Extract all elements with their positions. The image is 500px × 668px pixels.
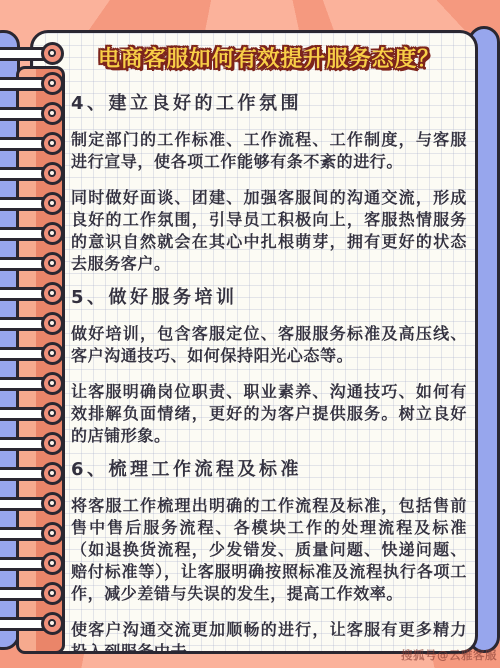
binder-ring-hole	[41, 372, 64, 395]
binder-ring	[0, 401, 78, 427]
binder-ring-hole-center	[48, 319, 56, 327]
binder-ring	[0, 41, 78, 67]
section-heading-6: 6、梳理工作流程及标准	[71, 459, 467, 481]
section-6-paragraph-1: 将客服工作梳理出明确的工作流程及标准，包括售前售中售后服务流程、各模块工作的处理…	[71, 495, 467, 605]
binder-ring-hole	[41, 102, 64, 125]
binder-ring-hole	[41, 282, 64, 305]
binder-ring-hole	[41, 432, 64, 455]
binder-ring	[0, 311, 78, 337]
binder-ring-hole	[41, 492, 64, 515]
binder-ring-hole-center	[48, 499, 56, 507]
binder-ring-hole	[41, 312, 64, 335]
section-4-paragraph-2: 同时做好面谈、团建、加强客服间的沟通交流，形成良好的工作氛围，引导员工积极向上，…	[71, 187, 467, 275]
binder-ring-hole-center	[48, 139, 56, 147]
binder-ring	[0, 521, 78, 547]
binder-ring-hole-center	[48, 589, 56, 597]
binder-ring-hole-center	[48, 109, 56, 117]
binder-ring	[0, 251, 78, 277]
binder-ring	[0, 581, 78, 607]
binder-ring	[0, 281, 78, 307]
binder-ring-hole	[41, 222, 64, 245]
binder-ring-hole-center	[48, 49, 56, 57]
binder-ring-hole-center	[48, 529, 56, 537]
binder-ring-hole	[41, 42, 64, 65]
binder-ring-hole-center	[48, 259, 56, 267]
binder-ring	[0, 161, 78, 187]
section-5-paragraph-1: 做好培训，包含客服定位、客服服务标准及高压线、客户沟通技巧、如何保持阳光心态等。	[71, 323, 467, 367]
binder-ring-hole-center	[48, 289, 56, 297]
binder-ring-hole-center	[48, 169, 56, 177]
binder-ring-hole	[41, 402, 64, 425]
binder-ring-hole	[41, 522, 64, 545]
binder-ring-hole-center	[48, 229, 56, 237]
binder-ring-hole-center	[48, 379, 56, 387]
binder-ring-hole	[41, 252, 64, 275]
binder-ring-hole	[41, 192, 64, 215]
binder-ring	[0, 431, 78, 457]
binder-ring-hole-center	[48, 619, 56, 627]
binder-ring	[0, 551, 78, 577]
section-heading-4: 4、建立良好的工作氛围	[71, 93, 467, 115]
binder-ring	[0, 611, 78, 637]
binder-ring-hole	[41, 552, 64, 575]
section-4-paragraph-1: 制定部门的工作标准、工作流程、工作制度，与客服进行宣导，使各项工作能够有条不紊的…	[71, 129, 467, 173]
binder-ring	[0, 71, 78, 97]
watermark-text: 搜狐号@云雅客服	[401, 647, 497, 663]
binder-ring-hole	[41, 462, 64, 485]
binder-ring-hole	[41, 132, 64, 155]
binder-ring-hole	[41, 162, 64, 185]
binder-ring-hole-center	[48, 439, 56, 447]
section-heading-5: 5、做好服务培训	[71, 287, 467, 309]
binder-ring-hole-center	[48, 409, 56, 417]
binder-ring	[0, 101, 78, 127]
binder-ring	[0, 341, 78, 367]
page-title: 电商客服如何有效提升服务态度？	[71, 45, 467, 75]
binder-ring	[0, 131, 78, 157]
binder-ring	[0, 371, 78, 397]
binder-ring-hole-center	[48, 469, 56, 477]
binder-ring	[0, 461, 78, 487]
binder-ring-hole-center	[48, 559, 56, 567]
binder-ring-hole-center	[48, 199, 56, 207]
section-5-paragraph-2: 让客服明确岗位职责、职业素养、沟通技巧、如何有效排解负面情绪，更好的为客户提供服…	[71, 381, 467, 447]
binder-ring-hole	[41, 582, 64, 605]
binder-ring-hole-center	[48, 79, 56, 87]
binder-ring	[0, 191, 78, 217]
binder-ring-hole	[41, 342, 64, 365]
notebook-content: 电商客服如何有效提升服务态度？ 4、建立良好的工作氛围 制定部门的工作标准、工作…	[33, 33, 475, 651]
binder-ring-hole-center	[48, 349, 56, 357]
notebook-card: 电商客服如何有效提升服务态度？ 4、建立良好的工作氛围 制定部门的工作标准、工作…	[30, 30, 478, 654]
binder-ring-hole	[41, 612, 64, 635]
binder-ring	[0, 221, 78, 247]
binder-ring-hole	[41, 72, 64, 95]
binder-ring	[0, 491, 78, 517]
